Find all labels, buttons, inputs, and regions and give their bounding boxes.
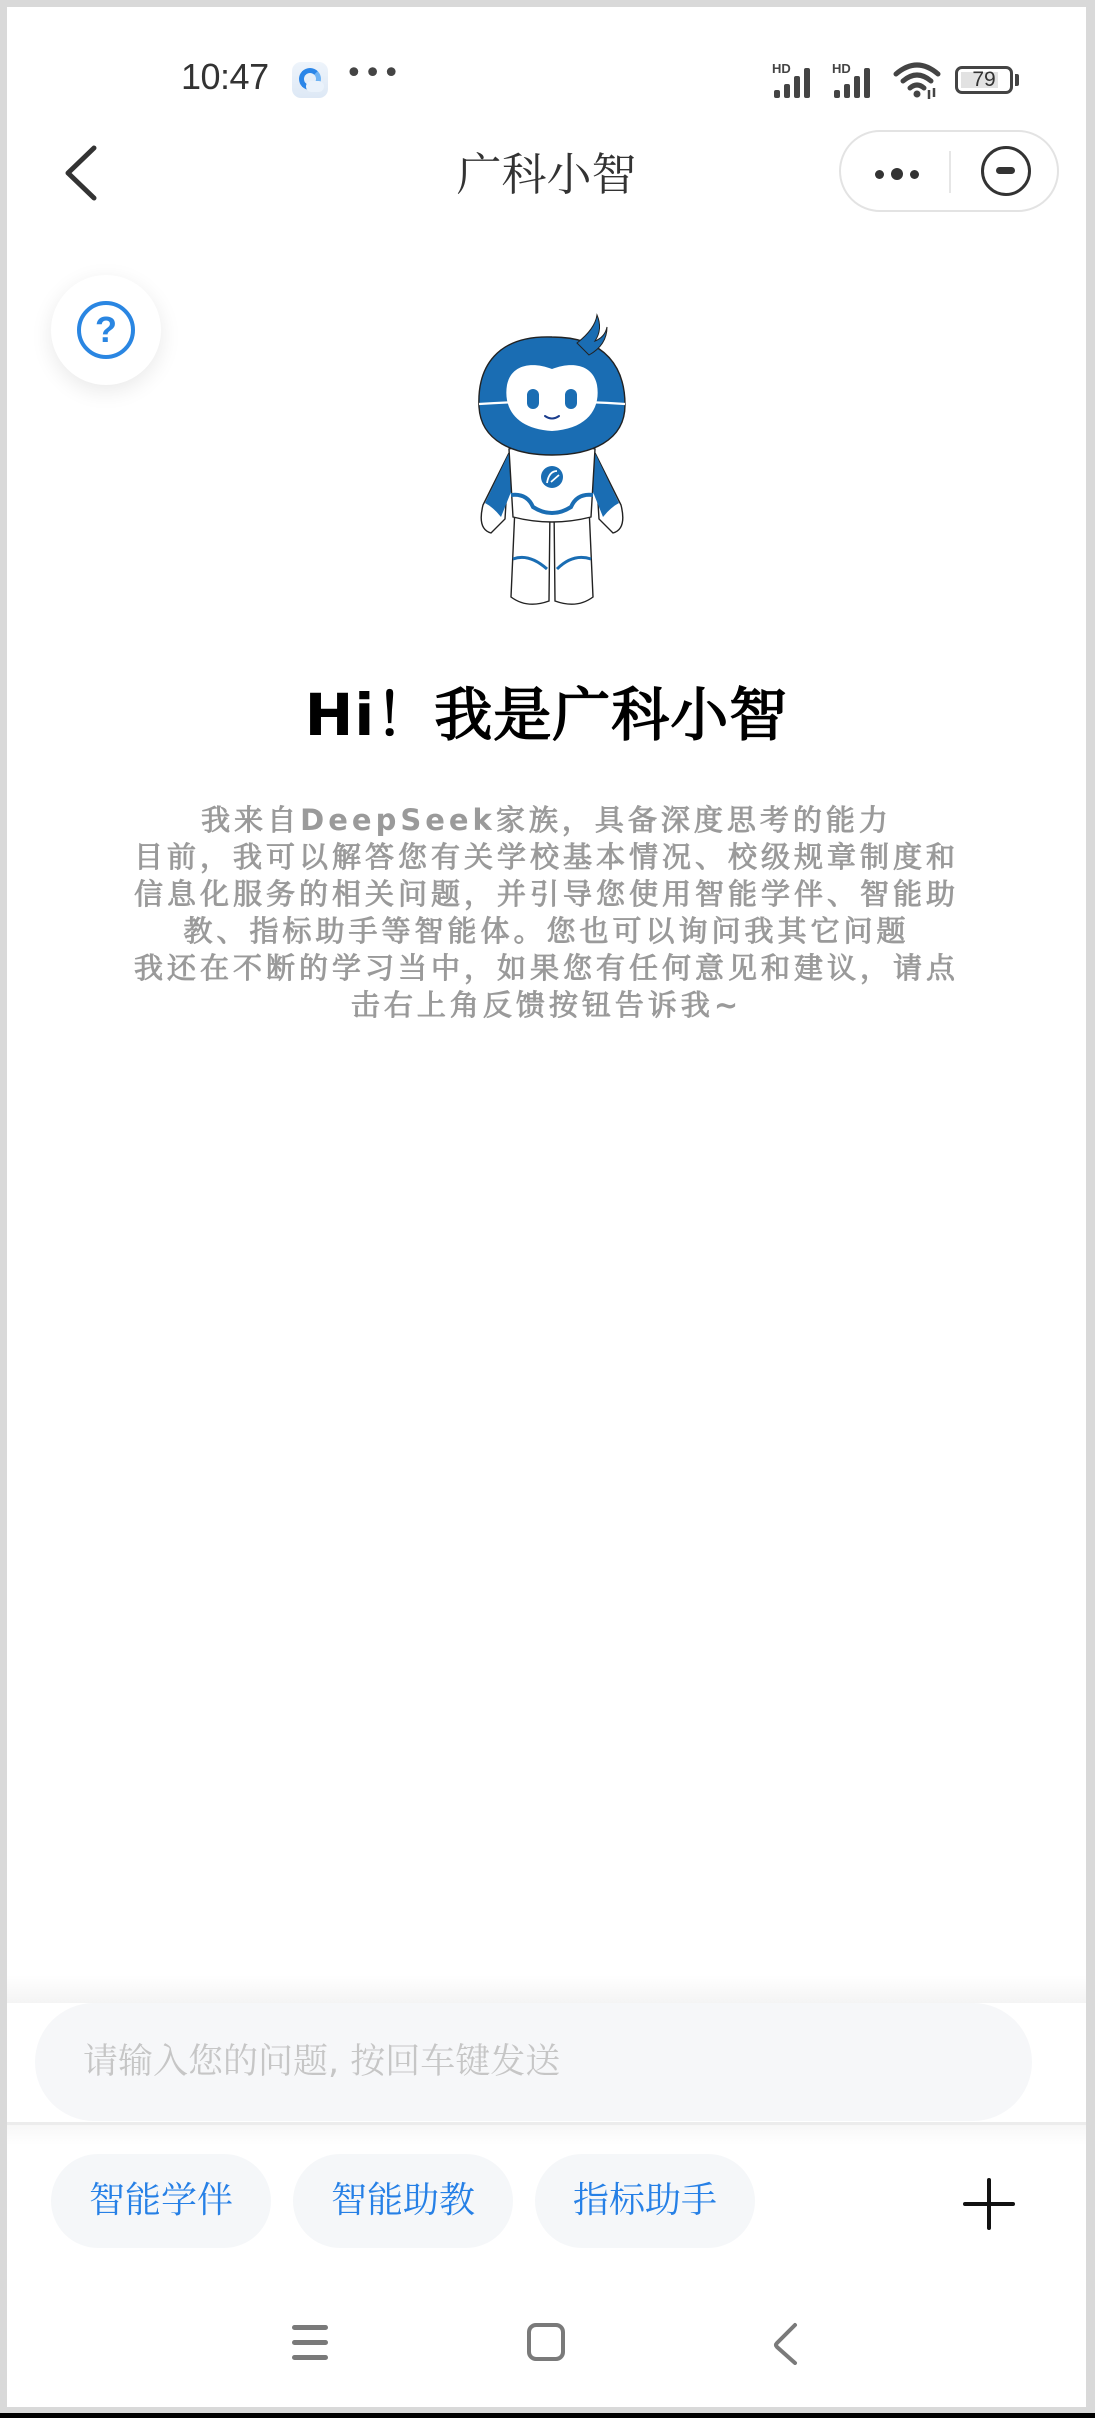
minus-circle-icon xyxy=(981,146,1031,196)
recent-apps-button[interactable] xyxy=(289,2322,331,2362)
status-time: 10:47 xyxy=(181,57,269,97)
intro-line: 击右上角反馈按钮告诉我~ xyxy=(67,987,1026,1024)
quick-action-metrics-assistant[interactable]: 指标助手 xyxy=(535,2154,755,2248)
intro-line: 信息化服务的相关问题，并引导您使用智能学伴、智能助 xyxy=(67,876,1026,913)
signal-hd-label: HD xyxy=(772,62,791,75)
device-frame: 10:47 ••• HD HD xyxy=(0,0,1095,2413)
signal-hd-label: HD xyxy=(832,62,851,75)
intro-line: 我还在不断的学习当中，如果您有任何意见和建议，请点 xyxy=(67,950,1026,987)
mini-program-capsule xyxy=(839,130,1059,212)
close-button[interactable] xyxy=(951,132,1059,210)
back-chevron-icon xyxy=(763,2321,803,2365)
menu-icon xyxy=(292,2325,328,2330)
question-input[interactable] xyxy=(35,2003,1032,2121)
more-button[interactable] xyxy=(841,132,949,210)
more-dots-icon xyxy=(910,170,919,179)
intro-line: 我来自DeepSeek家族，具备深度思考的能力 xyxy=(67,802,1026,839)
browser-app-icon xyxy=(292,62,328,98)
screen: 10:47 ••• HD HD xyxy=(7,7,1086,2407)
help-button[interactable]: ? xyxy=(51,275,161,385)
divider-shadow xyxy=(7,2125,1086,2145)
composer-shadow xyxy=(7,1975,1086,2003)
more-dots-icon xyxy=(875,170,884,179)
add-button[interactable] xyxy=(957,2172,1021,2236)
battery-level: 79 xyxy=(958,69,1010,91)
home-button[interactable] xyxy=(525,2321,567,2363)
system-navigation-bar xyxy=(7,2307,1086,2387)
system-back-button[interactable] xyxy=(763,2321,803,2365)
battery-tip xyxy=(1015,74,1019,86)
intro-line: 目前，我可以解答您有关学校基本情况、校级规章制度和 xyxy=(67,839,1026,876)
signal-hd-icon: HD xyxy=(772,62,822,98)
composer xyxy=(7,2003,1086,2123)
intro-line: 教、指标助手等智能体。您也可以询问我其它问题 xyxy=(67,913,1026,950)
signal-hd-icon: HD xyxy=(832,62,882,98)
status-more-dots: ••• xyxy=(345,59,401,89)
intro-text: 我来自DeepSeek家族，具备深度思考的能力 目前，我可以解答您有关学校基本情… xyxy=(67,802,1026,1024)
battery-icon: 79 xyxy=(955,66,1013,94)
home-square-icon xyxy=(527,2323,565,2361)
robot-mascot xyxy=(467,307,637,612)
wifi-icon xyxy=(892,60,942,100)
question-circle-icon: ? xyxy=(77,301,135,359)
menu-icon xyxy=(292,2355,328,2360)
menu-icon xyxy=(292,2340,328,2345)
more-dots-icon xyxy=(891,168,903,180)
quick-action-study-companion[interactable]: 智能学伴 xyxy=(51,2154,271,2248)
hero-title: Hi！我是广科小智 xyxy=(7,679,1086,751)
quick-action-teaching-assistant[interactable]: 智能助教 xyxy=(293,2154,513,2248)
